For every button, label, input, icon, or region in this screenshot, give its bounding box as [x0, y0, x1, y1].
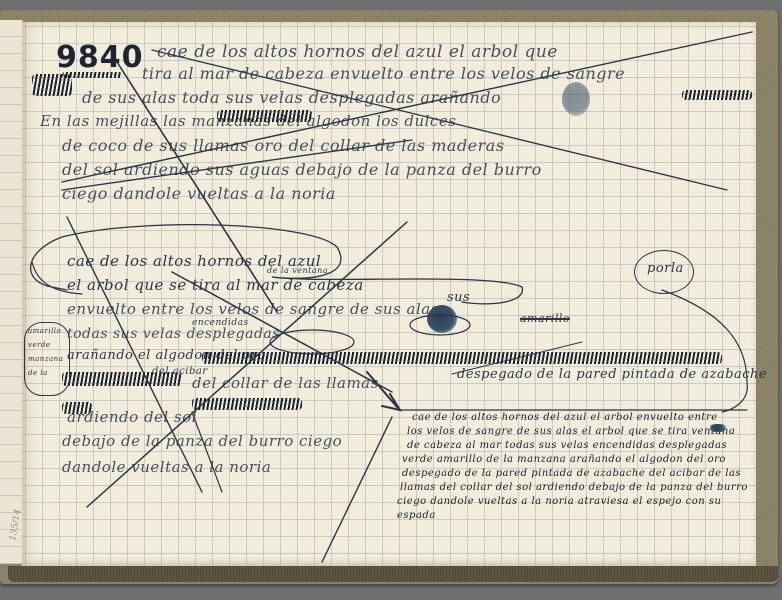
margin-note-line: de la [28, 369, 48, 377]
final-line-6: llamas del collar del sol ardiendo debaj… [400, 482, 748, 493]
top-line-6: del sol ardiendo sus aguas debajo de la … [62, 160, 542, 179]
page-number: 9840 [56, 40, 144, 75]
notebook-spine-bottom [8, 566, 778, 582]
mid-line-6: del collar de las llamas [192, 374, 379, 392]
mid-line-7: ardiendo del sol [67, 408, 197, 426]
scribble-mark [202, 352, 722, 364]
scribble-mark [682, 90, 752, 100]
right-line: despegado de la pared pintada de azabach… [457, 367, 767, 382]
top-line-5: de coco de sus llamas oro del collar de … [62, 136, 505, 155]
final-line-7: ciego dandole vueltas a la noria atravie… [397, 496, 721, 507]
insertion-de-la-ventana: de la ventana [267, 266, 328, 275]
final-line-4: verde amarillo de la manzana arañando el… [402, 454, 726, 465]
final-line-1: cae de los altos hornos del azul el arbo… [412, 412, 718, 423]
final-line-5: despegado de la pared pintada de azabach… [402, 468, 741, 479]
margin-note-line: manzana [28, 355, 63, 363]
margin-note-line: amarillo [28, 327, 61, 335]
scribble-underline [62, 72, 122, 78]
ink-blot [427, 305, 457, 333]
top-line-7: ciego dandole vueltas a la noria [62, 184, 336, 203]
final-line-3: de cabeza al mar todas sus velas encendi… [407, 440, 727, 451]
final-line-8: espada [397, 510, 436, 521]
previous-page-edge: 135/14 [0, 20, 23, 564]
top-line-1: cae de los altos hornos del azul el arbo… [157, 42, 558, 62]
circled-word: porla [634, 250, 694, 294]
scribble-mark [192, 398, 302, 410]
insertion-sus: sus [447, 290, 470, 305]
margin-note-line: verde [28, 341, 51, 349]
circled-word-text: porla [647, 261, 684, 276]
mid-line-9: dandole vueltas a la noria [62, 458, 271, 476]
top-line-2: tira al mar de cabeza envuelto entre los… [142, 64, 625, 83]
margin-note: amarillo verde manzana de la [24, 322, 70, 396]
ink-smudge [562, 82, 590, 116]
mid-line-2: el arbol que se tira al mar de cabeza [67, 276, 364, 294]
mid-line-3: envuelto entre los velos de sangre de su… [67, 300, 439, 318]
struck-word: amarillo [520, 312, 570, 325]
scribble-mark [217, 110, 312, 122]
final-line-2: los velos de sangre de sus alas el arbol… [407, 426, 735, 437]
top-line-3: de sus alas toda sus velas desplegadas a… [82, 88, 501, 107]
mid-line-4: todas sus velas desplegadas [67, 326, 280, 342]
manuscript-page: 9840 cae de los altos hornos del azul el… [22, 22, 756, 566]
mid-line-8: debajo de la panza del burro ciego [62, 432, 342, 450]
ink-blot [710, 424, 726, 432]
